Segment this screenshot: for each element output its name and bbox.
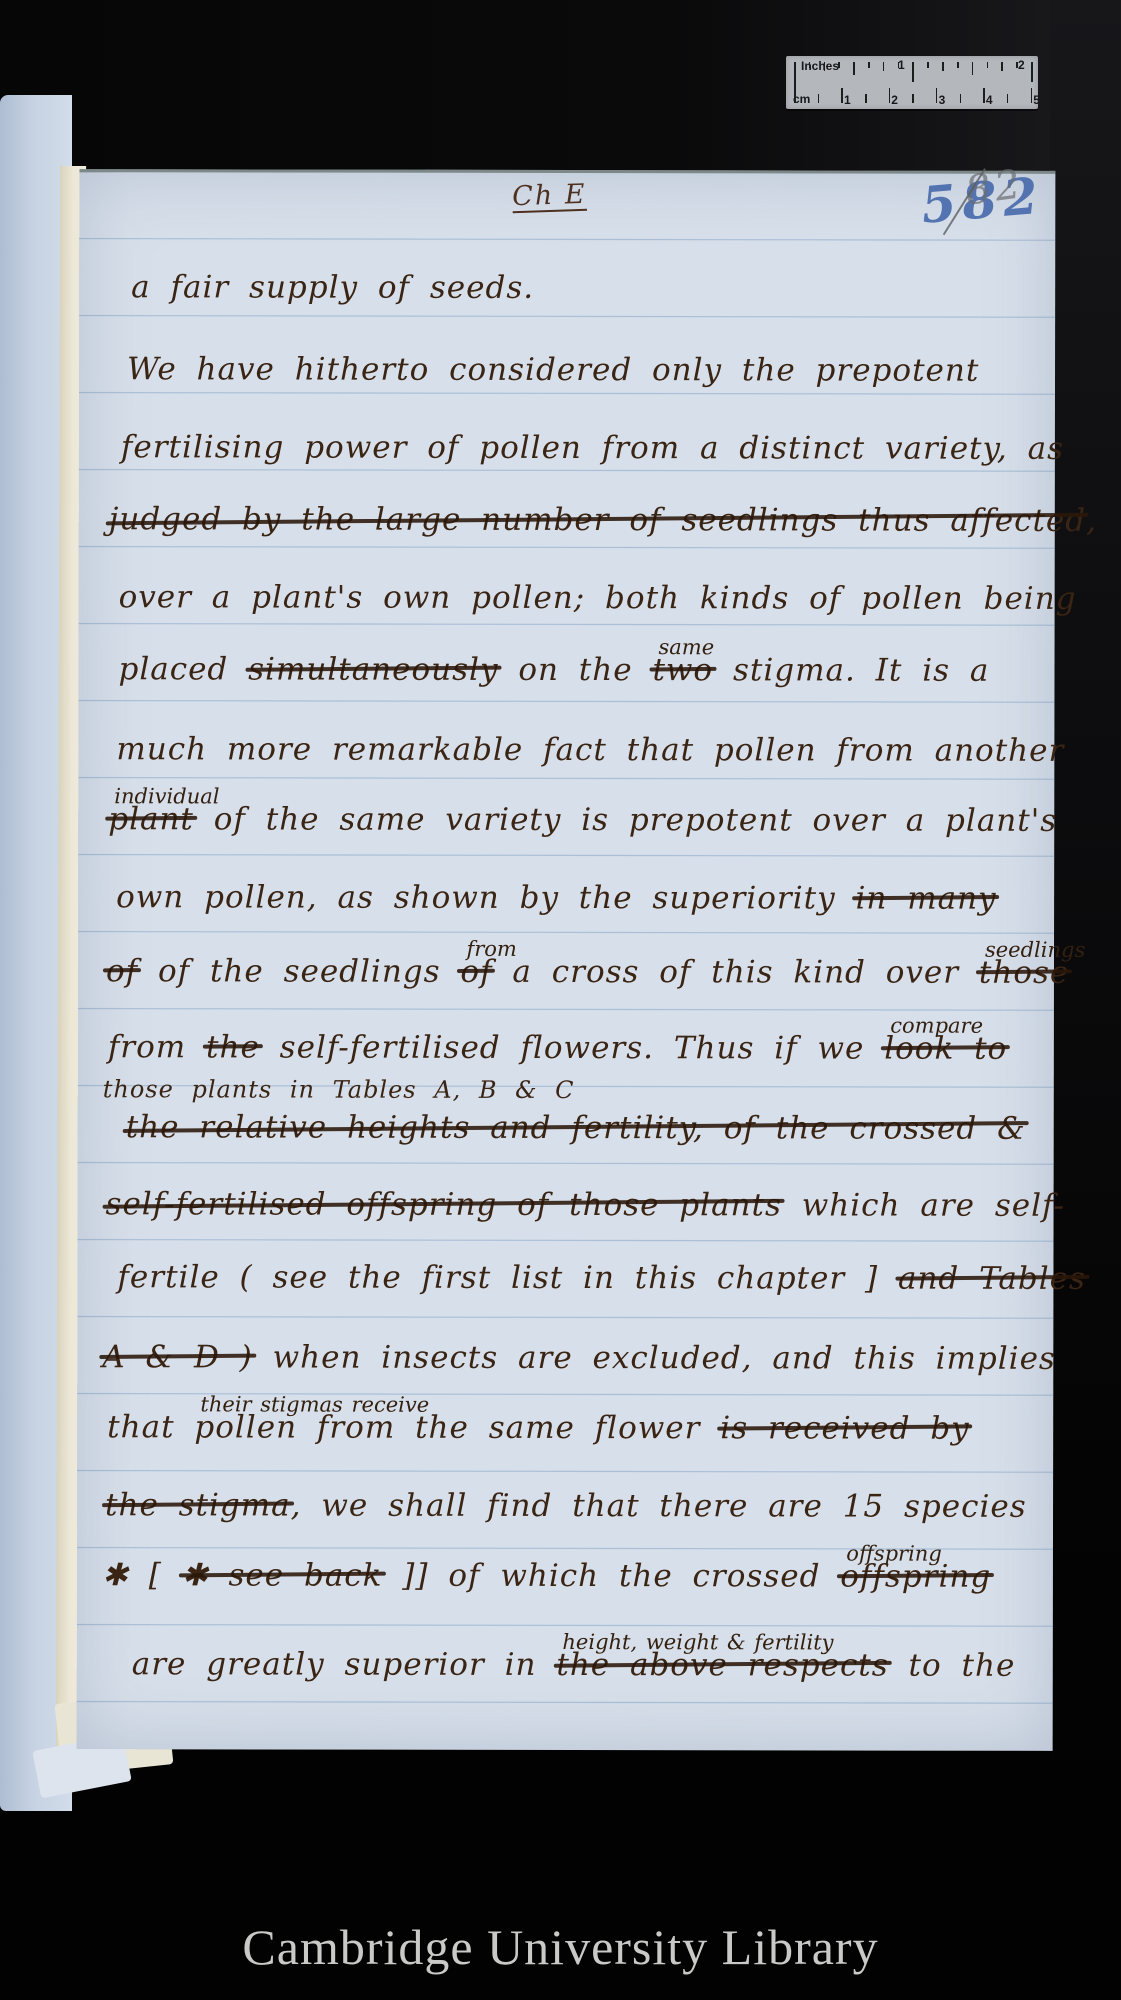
manuscript-text: self-fertilised flowers. Thus if we	[260, 1029, 884, 1066]
struck-text: is received by	[720, 1410, 969, 1446]
ruler-tick	[794, 62, 796, 103]
library-credit: Cambridge University Library	[0, 1918, 1121, 1976]
manuscript-text: ,	[1086, 503, 1097, 539]
manuscript-text: of the seedlings	[138, 953, 460, 990]
struck-text: the	[206, 1029, 260, 1065]
manuscript-text: which are self-	[782, 1187, 1065, 1223]
manuscript-text: fertile ( see the first list in this cha…	[117, 1259, 878, 1296]
struck-text: thoseseedlings	[979, 955, 1069, 991]
background-shading-right	[1050, 0, 1121, 1760]
ruler-tick	[1031, 62, 1033, 82]
ruler-tick	[868, 62, 870, 68]
manuscript-text: ✱ [	[102, 1557, 182, 1593]
ruler-tick	[889, 88, 891, 103]
manuscript-text: own pollen, as shown by the superiority	[116, 879, 855, 916]
ruler-tick	[809, 62, 811, 68]
manuscript-text: from	[108, 1029, 206, 1065]
manuscript-text: over a plant's own pollen; both kinds of…	[119, 579, 1077, 617]
interlinear-insertion: their stigmas receive	[200, 1384, 429, 1424]
manuscript-line: a fair supply of seeds.	[131, 267, 534, 308]
struck-text: ✱ see back	[182, 1557, 383, 1593]
manuscript-text: when insects are excluded, and this impl…	[253, 1339, 1056, 1376]
manuscript-line: ✱ [ ✱ see back ]] of which the crossed o…	[102, 1555, 991, 1597]
manuscript-line: from the self-fertilised flowers. Thus i…	[108, 1027, 1007, 1069]
manuscript-line: placed simultaneously on the twosame sti…	[118, 649, 989, 691]
ruler-tick	[960, 94, 962, 103]
ruler-tick	[912, 62, 914, 82]
ruler-tick	[983, 88, 985, 103]
struck-text: in many	[855, 881, 996, 917]
manuscript-text: on the	[498, 652, 652, 688]
manuscript-text: , we shall find that there are 15 specie…	[291, 1488, 1027, 1525]
measurement-ruler: Inches cm 1212345	[786, 56, 1038, 109]
ruler-cm-number: 3	[939, 93, 946, 107]
ruler-cm-label: cm	[793, 92, 810, 106]
manuscript-text: a fair supply of seeds.	[131, 269, 534, 306]
struck-text: self-fertilised offspring of those plant…	[106, 1186, 782, 1223]
ruler-tick	[936, 88, 938, 103]
ruler-tick	[818, 94, 820, 103]
ruler-cm-number: 2	[891, 93, 898, 107]
manuscript-page: Ch E 582 82 a fair supply of seeds.We ha…	[77, 169, 1056, 1751]
ruler-tick	[838, 62, 840, 68]
manuscript-line: over a plant's own pollen; both kinds of…	[119, 577, 1077, 619]
manuscript-text: ]] of which the crossed	[382, 1558, 840, 1595]
interlinear-insertion: height, weight & fertility	[562, 1622, 833, 1662]
struck-text: twosame	[652, 652, 713, 688]
manuscript-line: those plants in Tables A, B & C	[103, 1069, 575, 1110]
ruler-cm-number: 1	[844, 93, 851, 107]
struck-text: the relative heights and fertility, of t…	[126, 1109, 1026, 1147]
manuscript-line: plantindividual of the same variety is p…	[108, 799, 1057, 841]
ruler-tick	[824, 62, 826, 71]
ruler-tick	[987, 62, 989, 68]
struck-text: plantindividual	[108, 801, 194, 837]
struck-text: judged by the large number of seedlings …	[109, 501, 1086, 539]
ruler-inch-number: 1	[898, 58, 905, 72]
manuscript-photograph: Ch E 582 82 a fair supply of seeds.We ha…	[0, 0, 1121, 2000]
struck-text: offspringoffspring	[840, 1558, 991, 1594]
manuscript-text: those plants in Tables A, B & C	[103, 1075, 575, 1104]
manuscript-line: of of the seedlings offrom a cross of th…	[106, 951, 1069, 993]
manuscript-line: are greatly superior in the above respec…	[132, 1644, 1016, 1686]
manuscript-text: placed	[118, 651, 248, 687]
struck-text: the stigma	[105, 1487, 291, 1523]
manuscript-line: the relative heights and fertility, of t…	[126, 1107, 1026, 1149]
interlinear-insertion: compare	[890, 1006, 983, 1046]
ruler-tick	[883, 62, 885, 71]
manuscript-line: much more remarkable fact that pollen fr…	[116, 729, 1064, 771]
manuscript-text: fertilising power of pollen from a disti…	[121, 429, 1064, 467]
manuscript-line: We have hitherto considered only the pre…	[127, 349, 979, 390]
manuscript-line: fertile ( see the first list in this cha…	[117, 1257, 1086, 1299]
manuscript-line: A & D ) when insects are excluded, and t…	[102, 1337, 1056, 1379]
manuscript-text: are greatly superior in	[132, 1646, 557, 1683]
ruler-tick	[927, 62, 929, 68]
interlinear-insertion: same	[658, 627, 714, 667]
manuscript-text: We have hitherto considered only the pre…	[127, 351, 979, 388]
manuscript-line: that pollen from the same flower their s…	[107, 1407, 970, 1449]
ruler-tick	[1001, 62, 1003, 71]
ruler-tick	[1031, 88, 1033, 103]
manuscript-text: to the	[889, 1648, 1016, 1684]
manuscript-line: judged by the large number of seedlings …	[109, 499, 1097, 541]
ruler-inch-number: 2	[1018, 58, 1025, 72]
ruler-tick	[841, 88, 843, 103]
ruler-tick	[865, 94, 867, 103]
ruler-inches-label: Inches	[801, 59, 839, 73]
struck-text: simultaneously	[248, 651, 498, 687]
manuscript-line: own pollen, as shown by the superiority …	[116, 877, 997, 919]
manuscript-line: fertilising power of pollen from a disti…	[121, 427, 1064, 469]
interlinear-insertion: offspring	[846, 1533, 942, 1573]
ruler-tick	[1007, 94, 1009, 103]
manuscript-text: much more remarkable fact that pollen fr…	[116, 731, 1064, 769]
ruler-tick	[912, 94, 914, 103]
manuscript-text: stigma. It is a	[713, 652, 989, 688]
ruler-tick	[957, 62, 959, 68]
struck-text: and Tables	[898, 1261, 1086, 1297]
manuscript-text: of the same variety is prepotent over a …	[194, 801, 1057, 839]
ruler-cm-number: 4	[986, 93, 993, 107]
manuscript-line: the stigma, we shall find that there are…	[105, 1485, 1027, 1527]
ruler-tick	[853, 62, 855, 75]
struck-text: look tocompare	[884, 1031, 1007, 1067]
struck-text: of	[106, 953, 138, 989]
manuscript-text: pollen from the same flower their stigma…	[194, 1409, 720, 1446]
manuscript-text: that	[107, 1409, 194, 1445]
manuscript-text: a cross of this kind over	[493, 954, 979, 991]
ruler-tick	[942, 62, 944, 71]
interlinear-insertion: seedlings	[985, 930, 1085, 970]
struck-text: the above respectsheight, weight & ferti…	[556, 1647, 888, 1684]
struck-text: A & D )	[102, 1339, 253, 1375]
struck-text: offrom	[460, 954, 492, 990]
ruler-tick	[972, 62, 974, 75]
chapter-heading: Ch E	[479, 178, 620, 214]
ruler-cm-number: 5	[1033, 93, 1040, 107]
manuscript-line: self-fertilised offspring of those plant…	[106, 1184, 1065, 1226]
